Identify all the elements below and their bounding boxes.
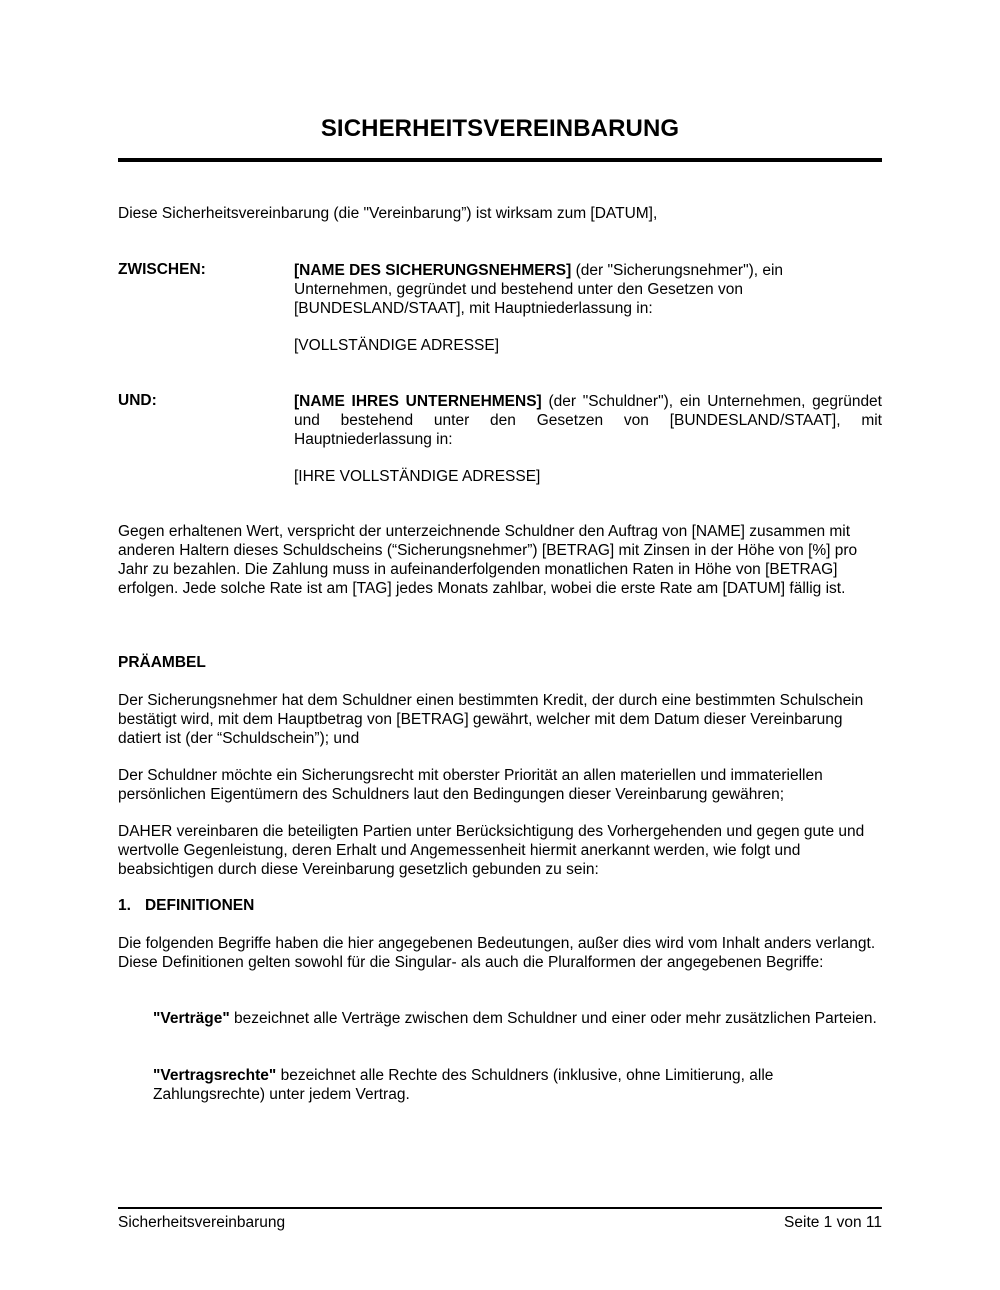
preamble-paragraph: Der Schuldner möchte ein Sicherungsrecht… (118, 766, 882, 804)
preamble-paragraph: DAHER vereinbaren die beteiligten Partie… (118, 822, 882, 879)
party-label: ZWISCHEN: (118, 261, 206, 279)
definition-text: bezeichnet alle Verträge zwischen dem Sc… (230, 1010, 877, 1027)
footer-page-number: Seite 1 von 11 (784, 1214, 882, 1232)
title-divider (118, 158, 882, 162)
party-address: [IHRE VOLLSTÄNDIGE ADRESSE] (294, 467, 882, 486)
party-description: [NAME IHRES UNTERNEHMENS] (der "Schuldne… (294, 392, 882, 449)
intro-paragraph: Diese Sicherheitsvereinbarung (die "Vere… (118, 204, 882, 223)
preamble-heading: PRÄAMBEL (118, 654, 206, 672)
party-address: [VOLLSTÄNDIGE ADRESSE] (294, 336, 882, 355)
party-description: [NAME DES SICHERUNGSNEHMERS] (der "Siche… (294, 261, 794, 318)
section-number: 1. (118, 897, 131, 914)
definitions-intro: Die folgenden Begriffe haben die hier an… (118, 934, 882, 972)
preamble-paragraph: Der Sicherungsnehmer hat dem Schuldner e… (118, 691, 882, 748)
definition-item: "Vertragsrechte" bezeichnet alle Rechte … (153, 1066, 882, 1104)
definition-term: "Verträge" (153, 1010, 230, 1027)
party-label: UND: (118, 392, 157, 410)
party-name: [NAME DES SICHERUNGSNEHMERS] (294, 262, 571, 279)
section-heading: 1.DEFINITIONEN (118, 897, 254, 915)
definition-item: "Verträge" bezeichnet alle Verträge zwis… (153, 1009, 882, 1028)
section-title: DEFINITIONEN (145, 897, 254, 914)
footer-divider (118, 1207, 882, 1209)
footer-document-name: Sicherheitsvereinbarung (118, 1214, 285, 1232)
document-title: SICHERHEITSVEREINBARUNG (118, 115, 882, 143)
party-name: [NAME IHRES UNTERNEHMENS] (294, 393, 542, 410)
consideration-paragraph: Gegen erhaltenen Wert, verspricht der un… (118, 522, 882, 598)
document-page: SICHERHEITSVEREINBARUNG Diese Sicherheit… (118, 0, 882, 1290)
definition-term: "Vertragsrechte" (153, 1067, 276, 1084)
